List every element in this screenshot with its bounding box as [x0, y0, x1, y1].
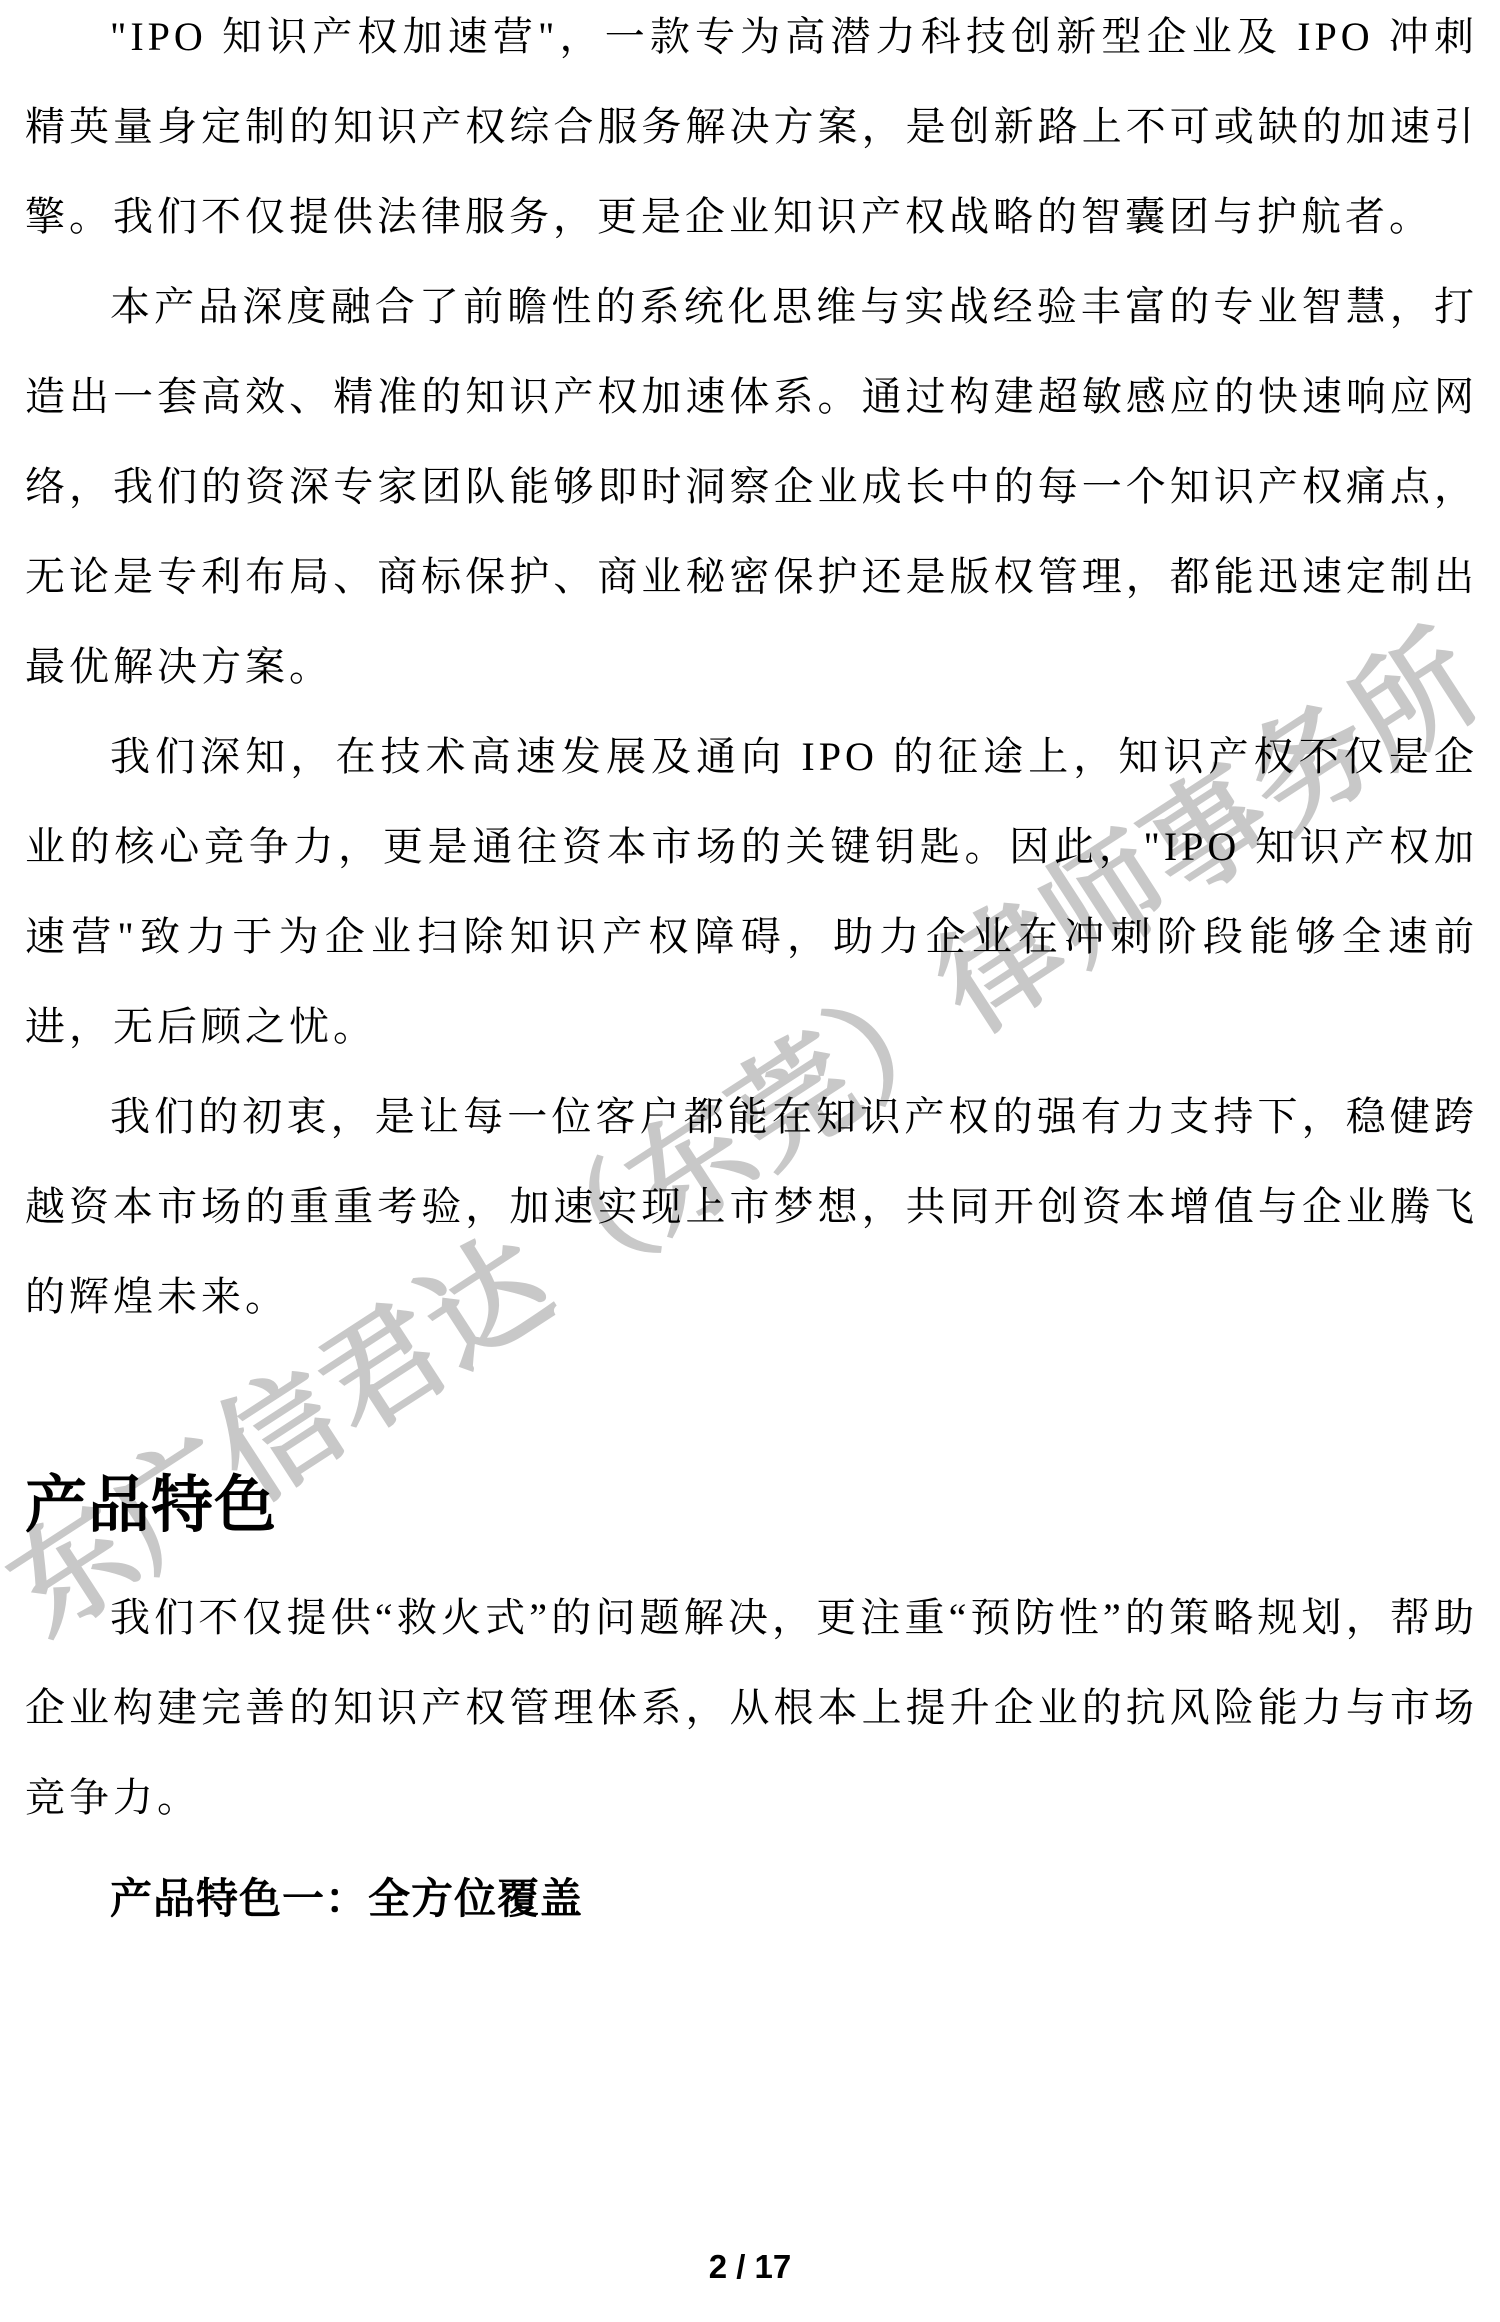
- paragraph-ipo-journey: 我们深知，在技术高速发展及通向 IPO 的征途上，知识产权不仅是企业的核心竞争力…: [25, 712, 1478, 1072]
- subheading-feature-one: 产品特色一：全方位覆盖: [110, 1878, 583, 1920]
- paragraph-features-overview: 我们不仅提供“救火式”的问题解决，更注重“预防性”的策略规划，帮助企业构建完善的…: [25, 1573, 1478, 1843]
- paragraph-original-intent: 我们的初衷，是让每一位客户都能在知识产权的强有力支持下，稳健跨越资本市场的重重考…: [25, 1072, 1478, 1342]
- intro-paragraphs: "IPO 知识产权加速营"，一款专为高潜力科技创新型企业及 IPO 冲刺精英量身…: [25, 0, 1478, 1342]
- document-page: 广东广信君达（东莞）律师事务所 "IPO 知识产权加速营"，一款专为高潜力科技创…: [0, 0, 1500, 2322]
- section-heading-product-features: 产品特色: [25, 1475, 277, 1537]
- page-number: 2 / 17: [0, 2248, 1500, 2286]
- paragraph-product-depth: 本产品深度融合了前瞻性的系统化思维与实战经验丰富的专业智慧，打造出一套高效、精准…: [25, 262, 1478, 712]
- paragraph-product-intro: "IPO 知识产权加速营"，一款专为高潜力科技创新型企业及 IPO 冲刺精英量身…: [25, 0, 1478, 262]
